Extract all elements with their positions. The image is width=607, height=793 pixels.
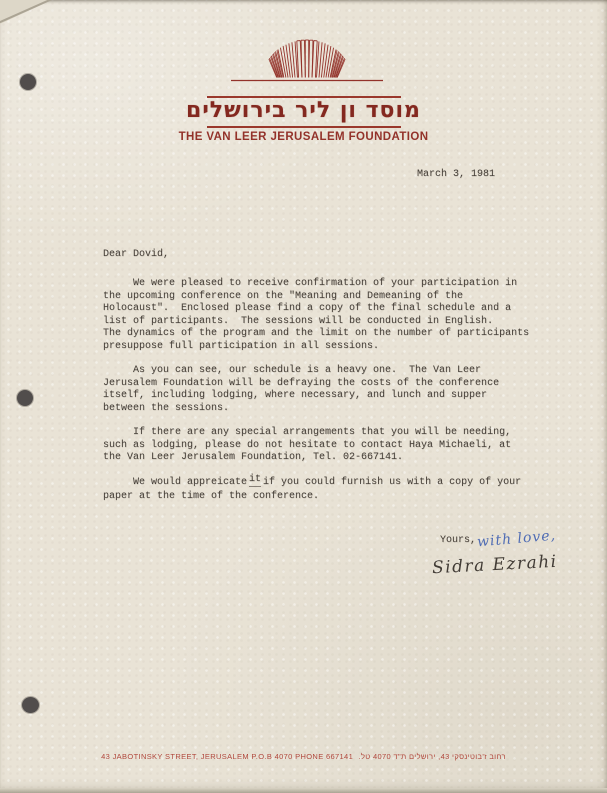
punch-hole-middle (17, 390, 33, 406)
paragraph-3: If there are any special arrangements th… (103, 427, 511, 465)
typed-insertion-word: it (249, 474, 261, 488)
letterhead-rule-bottom (207, 126, 401, 128)
letter-date: March 3, 1981 (417, 169, 495, 182)
foundation-name-english: THE VAN LEER JERUSALEM FOUNDATION (0, 131, 607, 143)
punch-hole-top (20, 74, 36, 90)
paragraph-4-before: We would appreicate (103, 477, 247, 488)
punch-hole-bottom (22, 697, 39, 713)
foundation-name-hebrew: מוסד ון ליר בירושלים (0, 98, 607, 124)
salutation: Dear Dovid, (103, 249, 169, 262)
letterhead-footer: 43 JABOTINSKY STREET, JERUSALEM P.O.B 40… (0, 752, 607, 761)
paragraph-4: We would appreicateitif you could furnis… (103, 477, 521, 503)
footer-address-english: 43 JABOTINSKY STREET, JERUSALEM P.O.B 40… (101, 752, 353, 761)
scanned-letter-page: מוסד ון ליר בירושלים THE VAN LEER JERUSA… (0, 0, 607, 793)
closing-handwritten: with love, (476, 528, 556, 551)
scan-bottom-edge (0, 788, 607, 793)
closing-typed: Yours, (440, 535, 476, 548)
folded-corner (0, 0, 52, 24)
footer-address-hebrew: רחוב ז'בוטינסקי 43, ירושלים ת"ד 4070 טל. (359, 752, 506, 761)
paragraph-2: As you can see, our schedule is a heavy … (103, 365, 499, 415)
paragraph-1: We were pleased to receive confirmation … (103, 278, 529, 353)
signature: Sidra Ezrahi (432, 552, 559, 579)
van-leer-arch-logo-icon (231, 31, 383, 83)
